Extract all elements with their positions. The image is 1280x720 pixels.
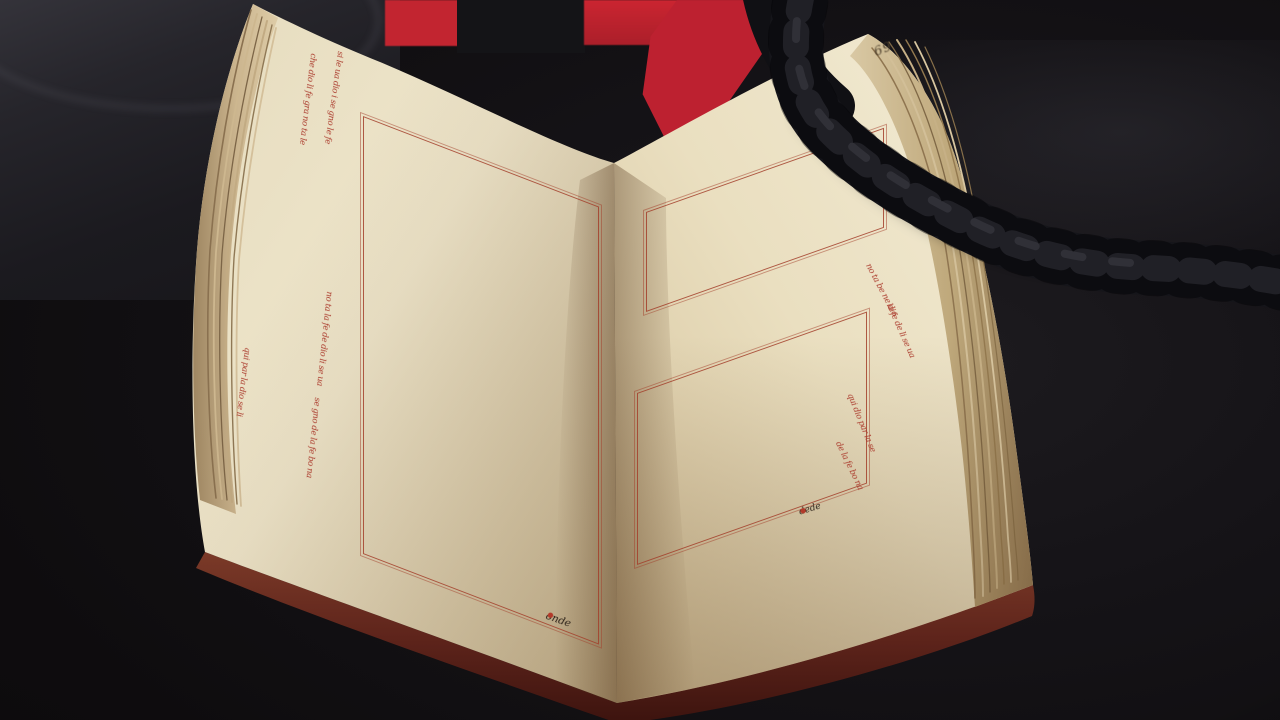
manuscript-display-photo: Sa mer cade ucat releg con la o fegurami… [0, 0, 1280, 720]
velvet-rope [0, 0, 1280, 720]
